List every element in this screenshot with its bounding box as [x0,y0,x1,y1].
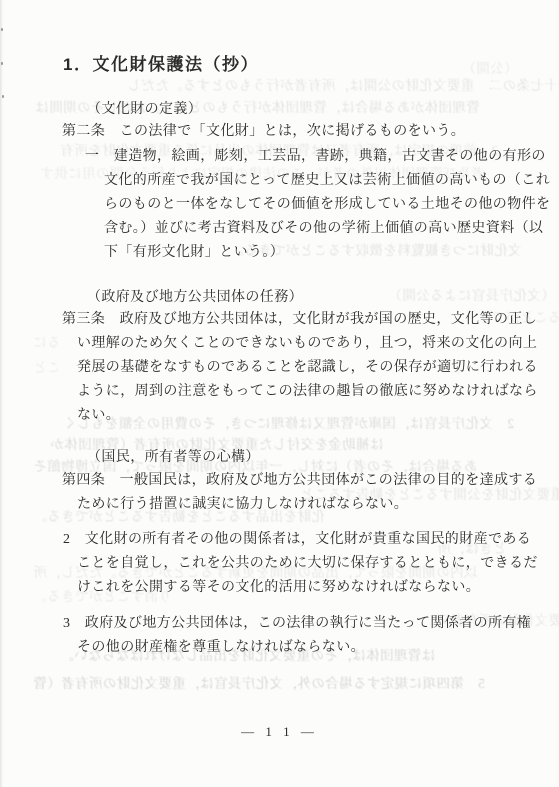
bleed-through-text: 2 文化庁長官は，国庫が管理又は修理につき，その費用の全額をもしく [63,412,514,432]
bleed-through-text: 5 第四項に規定する場合の外，文化庁長官は，重要文化財の所有者（管 [33,672,485,692]
text-line: けこれを公開する等その文化的活用に努めなければならない。 [77,576,480,596]
text-line: ように，周到の注意をもってこの法律の趣旨の徹底に努めなければなら [77,380,538,400]
text-line: （政府及び地方公共団体の任務） [87,286,303,306]
bleed-through-text: （公開） [462,57,518,77]
text-line: その他の財産権を尊重しなければならない。 [77,636,365,656]
text-line: い理解のため欠くことのできないものであり，且つ，将来の文化の向上 [77,332,537,352]
text-line: 第四条 一般国民は，政府及び地方公共団体がこの法律の目的を達成する [62,469,537,489]
scan-speck [1,28,3,31]
text-line: 含む。）並びに考古資料及びその他の学術上価値の高い歴史資料（以 [104,217,543,237]
text-line: 2 文化財の所有者その他の関係者は，文化財が貴重な国民的財産である [63,528,531,548]
page-number: — 1 1 — [0,724,559,740]
text-line: ために行う措置に誠実に協力しなければならない。 [77,493,408,513]
text-line: ことを自覚し，これを公共のために大切に保存するとともに，できるだ [77,552,538,572]
text-line: 文化的所産で我が国にとって歴史上又は芸術上価値の高いもの（これ [104,169,550,189]
text-line: 下「有形文化財」という。） [104,241,284,261]
text-line: 3 政府及び地方公共団体は，この法律の執行に当たって関係者の所有権 [63,612,531,632]
scan-speck [1,62,3,65]
scan-edge-artifact [0,0,3,787]
scan-speck [2,95,4,98]
bleed-through-text: （文化庁長官による公開） [388,284,555,304]
text-line: らのものと一体をなしてその価値を形成している土地その他の物件を [104,193,550,213]
document-title: 1．文化財保護法（抄） [63,50,259,75]
bleed-through-text: こと [33,356,61,376]
text-line: （文化財の定義） [87,98,202,118]
bleed-through-text: るに [33,331,61,351]
bleed-through-text: 第四十七条の二 重要文化財の公開は，所有者が行うものとする。ただし [127,74,559,94]
text-line: 第三条 政府及び地方公共団体は，文化財が我が国の歴史，文化等の正し [62,308,537,328]
text-line: 第二条 この法律で「文化財」とは，次に掲げるものをいう。 [62,120,465,140]
text-line: 一 建造物，絵画，彫刻，工芸品，書跡，典籍，古文書その他の有形の [85,145,546,165]
text-line: 発展の基礎をなすものであることを認識し，その保存が適切に行われる [77,356,538,376]
text-line: （国民，所有者等の心構） [87,446,260,466]
text-line: ない。 [77,404,120,424]
scanned-document-page: （公開）第四十七条の二 重要文化財の公開は，所有者が行うものとする。ただし管理団… [0,0,559,787]
